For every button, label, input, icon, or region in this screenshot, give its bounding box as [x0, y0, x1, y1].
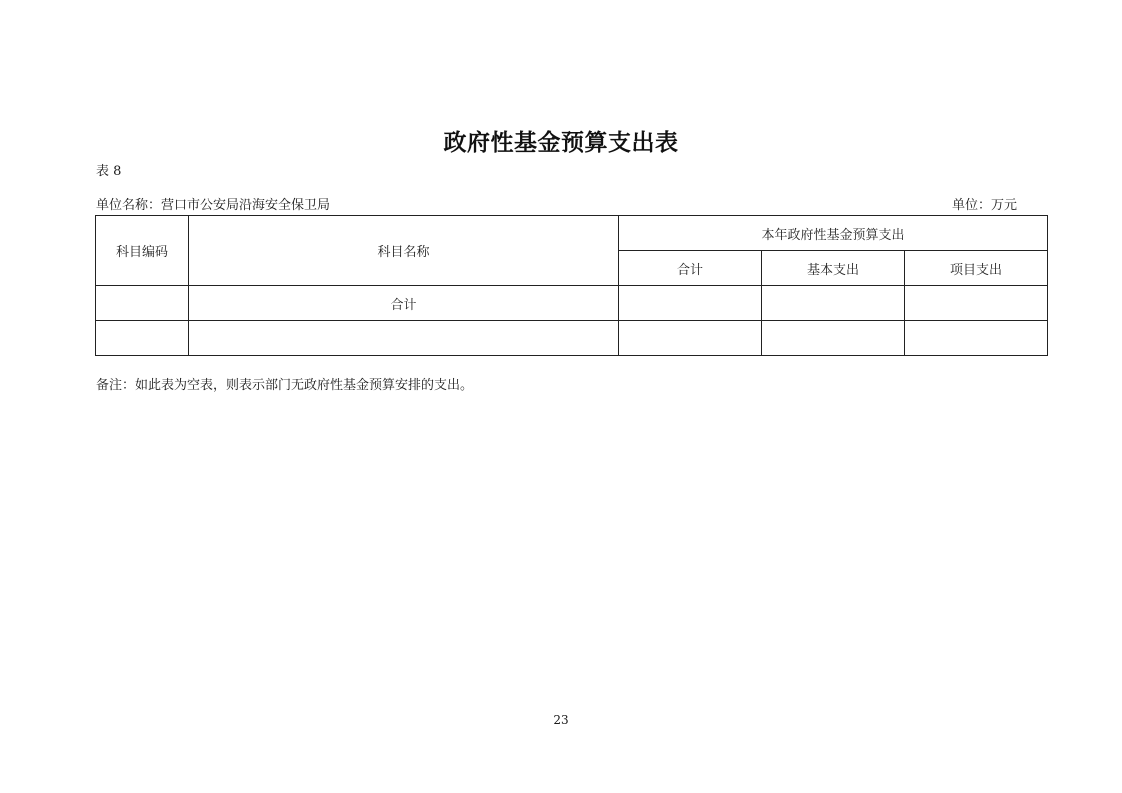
table-row: 合计	[96, 286, 1048, 321]
cell-basic	[762, 286, 905, 321]
header-code: 科目编码	[96, 216, 189, 286]
header-group: 本年政府性基金预算支出	[619, 216, 1048, 251]
unit-measure: 单位：万元	[952, 194, 1017, 213]
cell-project	[905, 321, 1048, 356]
page-title: 政府性基金预算支出表	[0, 124, 1122, 157]
cell-total	[619, 321, 762, 356]
unit-name: 单位名称：营口市公安局沿海安全保卫局	[96, 194, 330, 213]
cell-basic	[762, 321, 905, 356]
footnote: 备注：如此表为空表，则表示部门无政府性基金预算安排的支出。	[96, 374, 473, 393]
table-row	[96, 321, 1048, 356]
page-number: 23	[0, 713, 1122, 727]
header-project: 项目支出	[905, 251, 1048, 286]
header-total: 合计	[619, 251, 762, 286]
cell-code	[96, 321, 189, 356]
cell-project	[905, 286, 1048, 321]
cell-name: 合计	[189, 286, 619, 321]
header-name: 科目名称	[189, 216, 619, 286]
cell-code	[96, 286, 189, 321]
table-number: 表 8	[96, 160, 121, 179]
cell-total	[619, 286, 762, 321]
header-basic: 基本支出	[762, 251, 905, 286]
cell-name	[189, 321, 619, 356]
budget-table: 科目编码 科目名称 本年政府性基金预算支出 合计 基本支出 项目支出 合计	[95, 215, 1048, 356]
